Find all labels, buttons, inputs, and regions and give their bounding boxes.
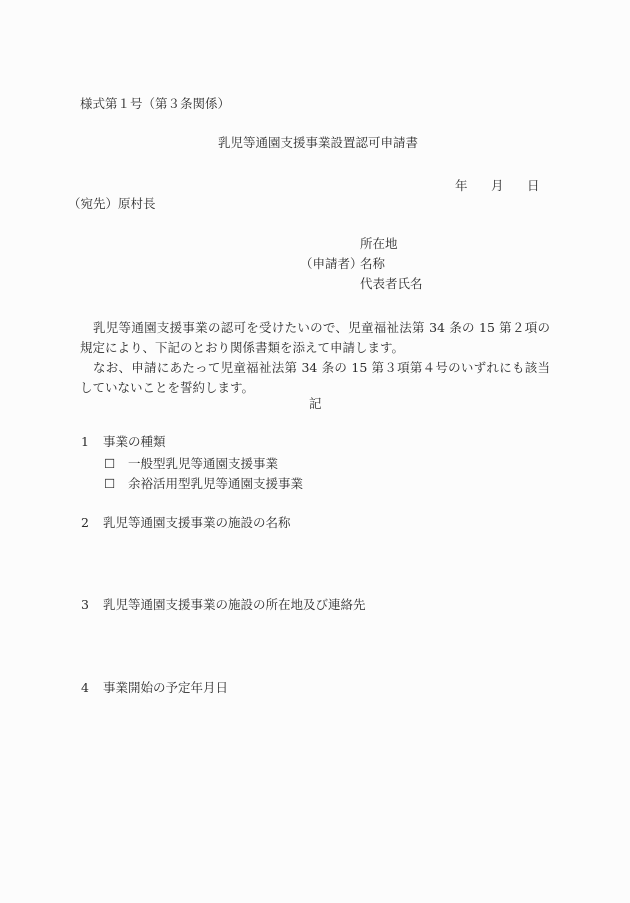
section-facility-name: 2乳児等通園支援事業の施設の名称 [81, 517, 291, 530]
section-facility-address: 3乳児等通園支援事業の施設の所在地及び連絡先 [81, 599, 366, 612]
section-label: 事業の種類 [103, 434, 166, 449]
checkbox-icon[interactable]: ☐ [104, 478, 128, 491]
section-business-type: 1事業の種類 [81, 436, 166, 449]
section-start-date: 4事業開始の予定年月日 [81, 682, 228, 695]
application-paragraph: 乳児等通園支援事業の認可を受けたいので、児童福祉法第 34 条の 15 第２項の… [80, 318, 550, 358]
ki-heading: 記 [309, 398, 322, 411]
applicant-name-label: 名称 [360, 258, 385, 278]
section-number: 4 [81, 682, 103, 695]
applicant-row-representative: 代表者氏名 [300, 278, 423, 298]
pledge-paragraph: なお、申請にあたって児童福祉法第 34 条の 15 第３項第４号のいずれにも該当… [80, 358, 550, 398]
section-number: 1 [81, 436, 103, 449]
section-label: 事業開始の予定年月日 [103, 680, 228, 695]
applicant-row-address: 所在地 [300, 238, 423, 258]
month-label: 月 [491, 180, 527, 193]
applicant-block: 所在地 （申請者） 名称 代表者氏名 [300, 238, 423, 298]
applicant-role-label: （申請者） [300, 258, 360, 278]
option-label: 余裕活用型乳児等通園支援事業 [128, 476, 303, 491]
option-surplus-use-type[interactable]: ☐余裕活用型乳児等通園支援事業 [104, 478, 303, 491]
section-number: 2 [81, 517, 103, 530]
year-label: 年 [455, 180, 491, 193]
option-general-type[interactable]: ☐一般型乳児等通園支援事業 [104, 458, 278, 471]
applicant-representative-label: 代表者氏名 [360, 278, 423, 298]
option-label: 一般型乳児等通園支援事業 [128, 456, 278, 471]
checkbox-icon[interactable]: ☐ [104, 458, 128, 471]
form-number: 様式第１号（第３条関係） [80, 98, 230, 111]
section-number: 3 [81, 599, 103, 612]
date-line: 年月日 [455, 180, 540, 193]
addressee: （宛先）原村長 [68, 198, 156, 211]
applicant-address-label: 所在地 [360, 238, 398, 258]
section-label: 乳児等通園支援事業の施設の所在地及び連絡先 [103, 597, 366, 612]
document-title: 乳児等通園支援事業設置認可申請書 [218, 137, 418, 150]
applicant-row-name: （申請者） 名称 [300, 258, 423, 278]
day-label: 日 [527, 180, 540, 193]
section-label: 乳児等通園支援事業の施設の名称 [103, 515, 291, 530]
